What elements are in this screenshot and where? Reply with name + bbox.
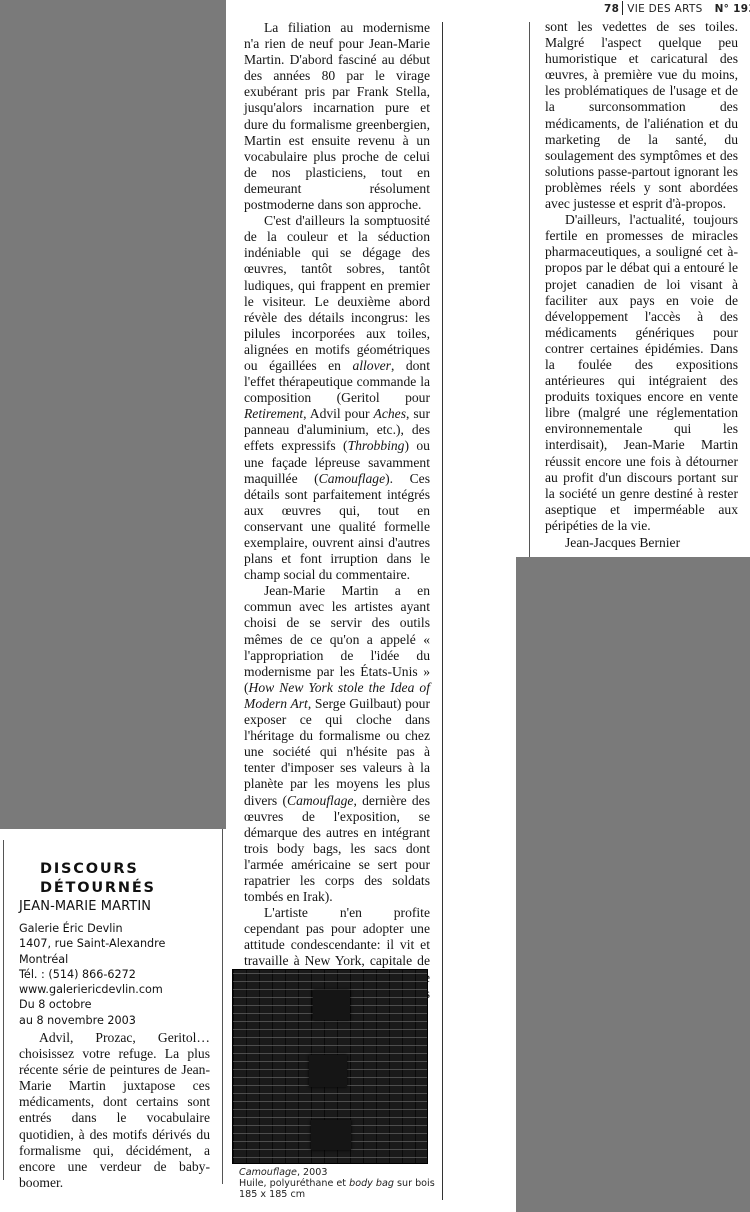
body-bag-patch (313, 990, 350, 1020)
article-title: DISCOURS DÉTOURNÉS (40, 860, 156, 898)
gallery-name: Galerie Éric Devlin (19, 921, 165, 936)
article-column-right: sont les vedettes de ses toiles. Malgré … (545, 19, 738, 551)
issue-number: N° 193 (715, 3, 750, 15)
column-divider (529, 22, 530, 557)
artwork-image (232, 969, 428, 1164)
header-divider (622, 1, 623, 15)
gallery-phone: Tél. : (514) 866-6272 (19, 967, 165, 982)
page-header: 78VIE DES ARTSN° 193 (604, 1, 750, 15)
article-column-middle: La filiation au modernisme n'a rien de n… (244, 20, 430, 1018)
artwork-title: Camouflage (239, 1167, 297, 1178)
gray-background-right (516, 557, 750, 1212)
column-divider (442, 22, 443, 1200)
artwork-dimensions: 185 x 185 cm (239, 1189, 435, 1200)
body-bag-patch (311, 1120, 351, 1150)
paragraph-5: D'ailleurs, l'actualité, toujours fertil… (545, 212, 738, 534)
artist-name: JEAN-MARIE MARTIN (19, 899, 151, 914)
gray-background-left (0, 0, 226, 829)
exhibition-end: au 8 novembre 2003 (19, 1013, 165, 1028)
gallery-city: Montréal (19, 952, 165, 967)
artwork-caption: Camouflage, 2003 Huile, polyuréthane et … (239, 1167, 435, 1200)
gallery-website: www.galeriericdevlin.com (19, 982, 165, 997)
gallery-address: 1407, rue Saint-Alexandre (19, 936, 165, 951)
paragraph-1: La filiation au modernisme n'a rien de n… (244, 20, 430, 213)
intro-paragraph: Advil, Prozac, Geritol… choisissez votre… (19, 1030, 210, 1191)
paragraph-2: C'est d'ailleurs la somptuosité de la co… (244, 213, 430, 583)
article-intro: Advil, Prozac, Geritol… choisissez votre… (19, 1030, 210, 1191)
page-number: 78 (604, 3, 619, 15)
magazine-name: VIE DES ARTS (627, 3, 702, 15)
paragraph-3: Jean-Marie Martin a en commun avec les a… (244, 583, 430, 905)
author-signature: Jean-Jacques Bernier (545, 535, 738, 551)
body-bag-patch (309, 1055, 347, 1087)
box-border-left (3, 840, 4, 1180)
paragraph-4-continued: sont les vedettes de ses toiles. Malgré … (545, 19, 738, 212)
exhibition-details: Galerie Éric Devlin 1407, rue Saint-Alex… (19, 921, 165, 1028)
exhibition-start: Du 8 octobre (19, 997, 165, 1012)
box-border-right (222, 829, 223, 1184)
